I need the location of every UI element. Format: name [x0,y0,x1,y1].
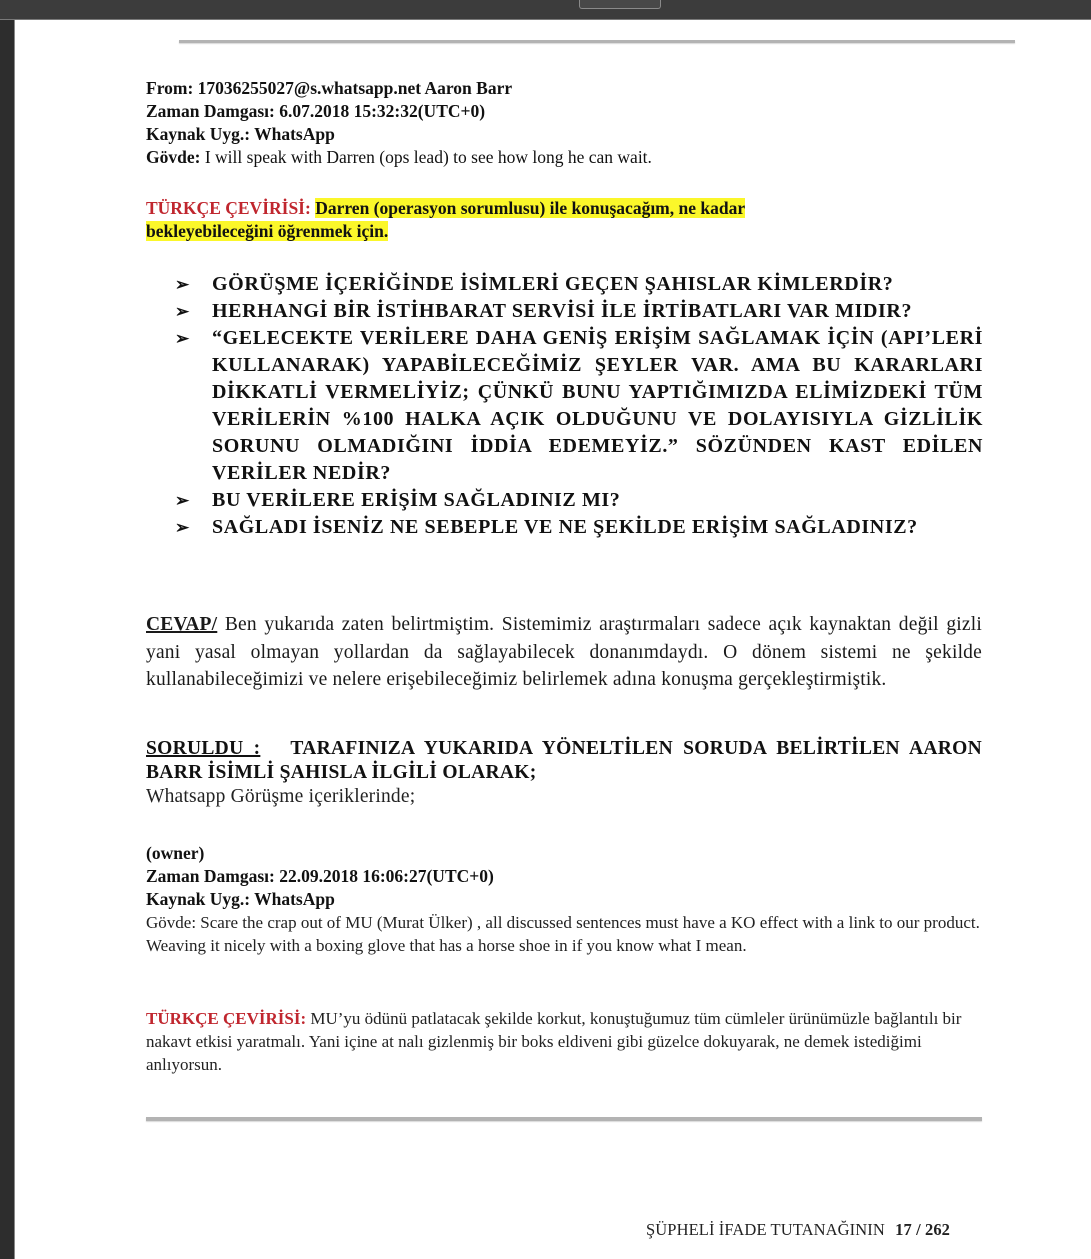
question-item: ➢HERHANGİ BİR İSTİHBARAT SERVİSİ İLE İRT… [175,298,983,325]
source-value: WhatsApp [254,124,335,144]
translation-text-line-2: bekleyebileceğini öğrenmek için. [146,221,388,241]
asked-section: SORULDU : TARAFINIZA YUKARIDA YÖNELTİLEN… [146,737,982,809]
arrow-bullet-icon: ➢ [175,271,190,298]
message-record-1: From: 17036255027@s.whatsapp.net Aaron B… [146,77,986,169]
body-value: I will speak with Darren (ops lead) to s… [205,147,652,167]
page-number: 17 / 262 [895,1220,950,1239]
page-total: 262 [925,1220,950,1239]
question-text: BU VERİLERE ERİŞİM SAĞLADINIZ MI? [212,489,620,511]
message-source: Kaynak Uyg.: WhatsApp [146,123,986,146]
answer-label: CEVAP/ [146,614,217,635]
footer-doc-title: ŞÜPHELİ İFADE TUTANAĞININ [646,1220,885,1239]
question-item: ➢GÖRÜŞME İÇERİĞİNDE İSİMLERİ GEÇEN ŞAHIS… [175,271,983,298]
timestamp-value: 22.09.2018 16:06:27(UTC+0) [279,866,494,886]
asked-subheading: Whatsapp Görüşme içeriklerinde; [146,785,982,809]
question-text: SAĞLADI İSENİZ NE SEBEPLE VE NE ŞEKİLDE … [212,516,918,538]
body-label: Gövde: [146,147,200,167]
asked-label: SORULDU : [146,738,260,759]
viewer-left-rail [0,20,15,1259]
viewer-toolbar [0,0,1091,20]
asked-question-text: TARAFINIZA YUKARIDA YÖNELTİLEN SORUDA BE… [146,738,982,783]
timestamp-value: 6.07.2018 15:32:32(UTC+0) [279,101,485,121]
arrow-bullet-icon: ➢ [175,325,190,352]
source-value: WhatsApp [254,889,335,909]
message-timestamp: Zaman Damgası: 22.09.2018 16:06:27(UTC+0… [146,865,986,888]
answer-paragraph: CEVAP/ Ben yukarıda zaten belirtmiştim. … [146,611,982,694]
toolbar-tab-handle[interactable] [579,0,661,9]
question-list: ➢GÖRÜŞME İÇERİĞİNDE İSİMLERİ GEÇEN ŞAHIS… [175,271,983,541]
timestamp-label: Zaman Damgası: [146,866,275,886]
translation-label: TÜRKÇE ÇEVİRİSİ: [146,1009,306,1028]
arrow-bullet-icon: ➢ [175,298,190,325]
question-text: GÖRÜŞME İÇERİĞİNDE İSİMLERİ GEÇEN ŞAHISL… [212,273,893,295]
body-label: Gövde: [146,913,196,932]
top-divider [179,40,1015,43]
answer-text: Ben yukarıda zaten belirtmiştim. Sistemi… [146,614,982,690]
translation-label: TÜRKÇE ÇEVİRİSİ: [146,198,311,218]
page-separator: / [916,1220,921,1239]
arrow-bullet-icon: ➢ [175,514,190,541]
question-item: ➢BU VERİLERE ERİŞİM SAĞLADINIZ MI? [175,487,983,514]
translation-text-line-1: Darren (operasyon sorumlusu) ile konuşac… [315,198,745,218]
message-from: From: 17036255027@s.whatsapp.net Aaron B… [146,77,986,100]
bottom-divider [146,1117,982,1121]
message-body: Gövde: Scare the crap out of MU (Murat Ü… [146,911,986,957]
message-record-2: (owner) Zaman Damgası: 22.09.2018 16:06:… [146,842,986,957]
document-page: From: 17036255027@s.whatsapp.net Aaron B… [15,20,1091,1259]
from-value: 17036255027@s.whatsapp.net Aaron Barr [198,78,512,98]
translation-2: TÜRKÇE ÇEVİRİSİ: MU’yu ödünü patlatacak … [146,1007,986,1076]
asked-question: SORULDU : TARAFINIZA YUKARIDA YÖNELTİLEN… [146,737,982,785]
question-item: ➢“GELECEKTE VERİLERE DAHA GENİŞ ERİŞİM S… [175,325,983,487]
page-current: 17 [895,1220,912,1239]
message-body: Gövde: I will speak with Darren (ops lea… [146,146,986,169]
message-timestamp: Zaman Damgası: 6.07.2018 15:32:32(UTC+0) [146,100,986,123]
message-source: Kaynak Uyg.: WhatsApp [146,888,986,911]
translation-1: TÜRKÇE ÇEVİRİSİ: Darren (operasyon sorum… [146,197,986,243]
message-from-owner: (owner) [146,842,986,865]
page-footer: ŞÜPHELİ İFADE TUTANAĞININ 17 / 262 [646,1220,950,1240]
arrow-bullet-icon: ➢ [175,487,190,514]
source-label: Kaynak Uyg.: [146,124,250,144]
question-text: “GELECEKTE VERİLERE DAHA GENİŞ ERİŞİM SA… [212,327,983,484]
timestamp-label: Zaman Damgası: [146,101,275,121]
source-label: Kaynak Uyg.: [146,889,250,909]
question-item: ➢SAĞLADI İSENİZ NE SEBEPLE VE NE ŞEKİLDE… [175,514,983,541]
question-text: HERHANGİ BİR İSTİHBARAT SERVİSİ İLE İRTİ… [212,300,912,322]
from-label: From: [146,78,193,98]
body-value: Scare the crap out of MU (Murat Ülker) ,… [146,913,980,955]
